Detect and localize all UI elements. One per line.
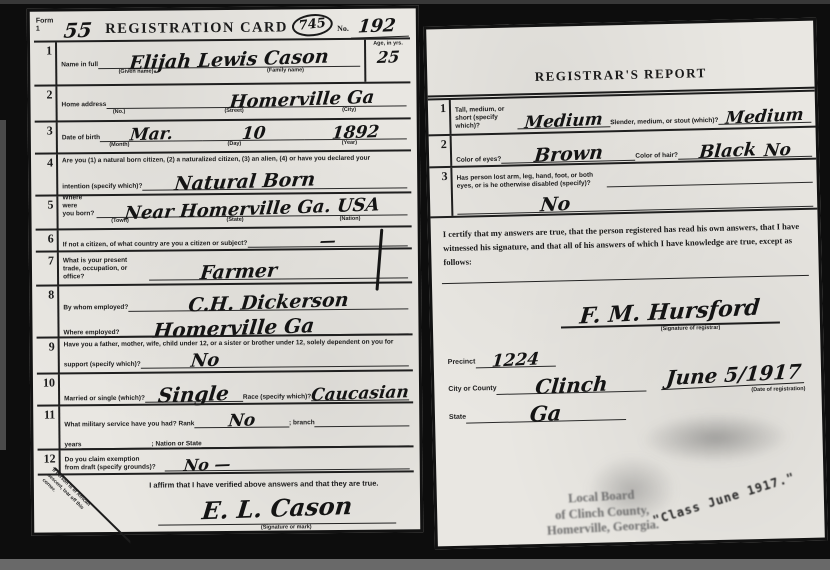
county-value: Clinch: [522, 373, 620, 398]
row-number: 3: [429, 168, 453, 217]
scan-edge-bottom: [0, 559, 830, 570]
registration-date-block: June 5/1917 (Date of registration): [662, 363, 806, 396]
scanned-registration-card: { "left_card": { "form_label": "Form 1",…: [0, 0, 830, 570]
age-label: Age, in yrs.: [366, 40, 410, 47]
citizenship-value: Natural Born: [173, 170, 316, 194]
registration-card: Form 1 55 REGISTRATION CARD 745 No. 192 …: [27, 5, 424, 535]
dob-month: Mar.: [129, 126, 174, 145]
report-title: REGISTRAR'S REPORT: [426, 21, 814, 88]
row-number: 5: [35, 196, 58, 228]
eyes-label: Color of eyes?: [456, 156, 501, 165]
row-number: 9: [37, 338, 60, 372]
row-number: 2: [34, 86, 57, 120]
alien-question: If not a citizen, of what country are yo…: [63, 240, 248, 250]
day-sublabel: (Day): [177, 140, 292, 148]
handwritten-serial: 55: [62, 20, 92, 41]
row-employer: 8 By whom employed? C.H. Dickerson Where…: [36, 281, 412, 336]
military-rank-value: No: [227, 412, 256, 430]
birthplace-label: Where wereyou born?: [62, 194, 96, 219]
row-marital-race: 10 Married or single (which)? Single Rac…: [37, 369, 413, 404]
citizenship-question-line2: intention (specify which)?: [62, 183, 142, 192]
row-alien-citizenship: 6 If not a citizen, of what country are …: [36, 225, 412, 250]
certification-text: I certify that my answers are true, that…: [430, 210, 818, 270]
registrar-signature: F. M. Hursford: [579, 297, 761, 328]
dependents-value: No: [190, 352, 220, 371]
alien-value: —: [319, 233, 337, 250]
scan-edge-top: [0, 0, 830, 4]
hair-label: Color of hair?: [635, 152, 678, 161]
registration-card-header: Form 1 55 REGISTRATION CARD 745 No. 192: [34, 11, 410, 40]
row-dependents: 9 Have you a father, mother, wife, child…: [37, 333, 413, 372]
build-label: Slender, medium, or stout (which)?: [610, 117, 719, 128]
height-label: Tall, medium, orshort (specify which)?: [455, 105, 518, 131]
certification-answer-line: [442, 275, 809, 284]
state-value: Ga: [517, 401, 574, 425]
row-number: 2: [429, 136, 453, 167]
row-number: 10: [37, 374, 60, 404]
race-label: Race (specify which)?: [243, 393, 311, 402]
tear-off-corner: If person is of African descent, tear of…: [38, 467, 131, 560]
corner-note: If person is of African descent, tear of…: [41, 467, 94, 519]
row-number: 7: [36, 252, 59, 284]
dob-year: 1892: [331, 124, 380, 143]
build-value: Medium: [725, 107, 805, 128]
dob-day: 10: [241, 125, 266, 143]
row-number: 1: [34, 42, 57, 84]
row-occupation: 7 What is your presenttrade, occupation,…: [36, 247, 412, 284]
row-disability: 3 Has person lost arm, leg, hand, foot, …: [429, 158, 817, 219]
marital-label: Married or single (which)?: [64, 395, 145, 404]
row-number: 4: [35, 154, 58, 194]
scan-edge-left: [0, 120, 6, 450]
employer-label: By whom employed?: [63, 304, 128, 313]
row-number: 8: [36, 286, 59, 336]
disability-value: No: [539, 195, 571, 216]
row-citizenship: 4 Are you (1) a natural born citizen, (2…: [35, 149, 411, 194]
county-label: City or County: [448, 385, 496, 395]
row-number: 3: [35, 122, 58, 152]
affirmation-section: I affirm that I have verified above answ…: [38, 470, 415, 559]
row-number: 6: [36, 230, 59, 250]
row-number: 1: [428, 100, 452, 135]
form-number-label: Form 1: [36, 17, 54, 35]
precinct-value: 1224: [479, 351, 552, 372]
row-number: 11: [37, 406, 60, 448]
state-label: State: [449, 414, 466, 423]
military-question: What military service have you had? Rank: [64, 420, 194, 429]
row-military-service: 11 What military service have you had? R…: [37, 401, 413, 448]
age-box: Age, in yrs. 25: [364, 39, 410, 81]
occupation-value: Farmer: [199, 261, 278, 283]
row-date-of-birth: 3 Date of birth Mar. 10 1892 (Month) (Da…: [35, 117, 411, 152]
no-label: No.: [337, 24, 349, 33]
age-value: 25: [376, 49, 400, 66]
card-title: REGISTRATION CARD: [105, 19, 288, 38]
height-value: Medium: [524, 111, 604, 132]
row-birthplace: 5 Where wereyou born? Near Homerville Ga…: [35, 191, 411, 228]
occupation-label: What is your presenttrade, occupation, o…: [63, 256, 149, 281]
circled-stamp-number: 745: [291, 12, 334, 39]
registrars-report-card: REGISTRAR'S REPORT 1 Tall, medium, orsho…: [423, 18, 828, 550]
home-address-value: Homerville Ga: [228, 89, 375, 112]
branch-label: ; branch: [289, 419, 315, 427]
disability-label: Has person lost arm, leg, hand, foot, or…: [456, 168, 606, 191]
precinct-label: Precinct: [448, 359, 476, 368]
dependents-question-line2: support (specify which)?: [64, 361, 141, 370]
card-number-value: 192: [351, 17, 411, 39]
no-sublabel: (No.): [62, 108, 177, 116]
row-name: 1 Name in full Elijah Lewis Cason (Given…: [34, 37, 410, 84]
row-home-address: 2 Home address Homerville Ga (No.) (Stre…: [34, 81, 410, 120]
registrant-signature: E. L. Cason: [201, 494, 354, 523]
